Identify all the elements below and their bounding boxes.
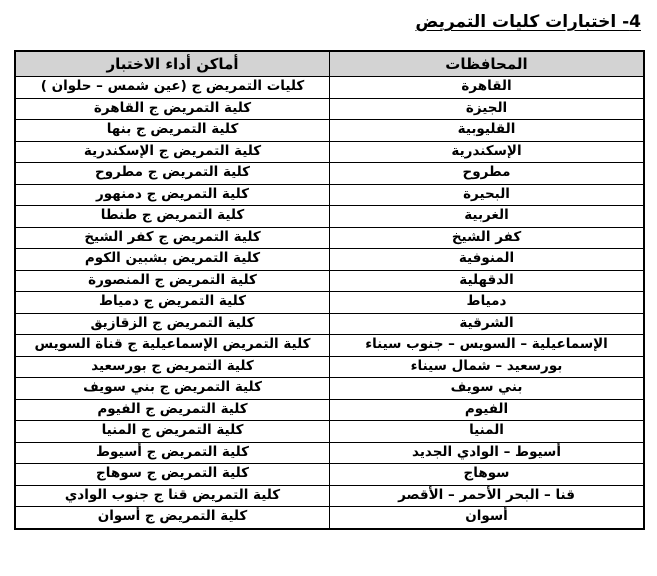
table-row: دمياط كلية التمريض ج دمياط	[15, 292, 644, 314]
table-header-row: المحافظات أماكن أداء الاختبار	[15, 51, 644, 77]
exam-location-cell: كلية التمريض ج طنطا	[15, 206, 330, 228]
exam-location-cell: كلية التمريض ج مطروح	[15, 163, 330, 185]
governorate-cell: كفر الشيخ	[330, 227, 645, 249]
governorate-cell: الفيوم	[330, 399, 645, 421]
exam-location-cell: كلية التمريض ج القاهرة	[15, 98, 330, 120]
table-row: المنوفية كلية التمريض بشبين الكوم	[15, 249, 644, 271]
table-row: الشرقية كلية التمريض ج الزقازيق	[15, 313, 644, 335]
governorate-cell: المنيا	[330, 421, 645, 443]
table-row: الفيوم كلية التمريض ج الفيوم	[15, 399, 644, 421]
governorate-cell: الإسكندرية	[330, 141, 645, 163]
exam-location-cell: كلية التمريض ج أسوان	[15, 507, 330, 529]
exam-location-cell: كلية التمريض ج الزقازيق	[15, 313, 330, 335]
exam-location-cell: كلية التمريض قنا ج جنوب الوادي	[15, 485, 330, 507]
governorate-cell: أسيوط – الوادي الجديد	[330, 442, 645, 464]
table-row: القاهرة كليات التمريض ج (عين شمس – حلوان…	[15, 77, 644, 99]
table-row: بورسعيد – شمال سيناء كلية التمريض ج بورس…	[15, 356, 644, 378]
table-row: الإسكندرية كلية التمريض ج الإسكندرية	[15, 141, 644, 163]
table-row: مطروح كلية التمريض ج مطروح	[15, 163, 644, 185]
exam-location-cell: كلية التمريض ج بورسعيد	[15, 356, 330, 378]
exam-location-cell: كليات التمريض ج (عين شمس – حلوان )	[15, 77, 330, 99]
exam-location-cell: كلية التمريض ج المنصورة	[15, 270, 330, 292]
table-row: أسوان كلية التمريض ج أسوان	[15, 507, 644, 529]
governorate-cell: الجيزة	[330, 98, 645, 120]
table-row: كفر الشيخ كلية التمريض ج كفر الشيخ	[15, 227, 644, 249]
exam-location-cell: كلية التمريض ج كفر الشيخ	[15, 227, 330, 249]
governorate-cell: أسوان	[330, 507, 645, 529]
table-row: الإسماعيلية – السويس – جنوب سيناء كلية ا…	[15, 335, 644, 357]
exam-location-cell: كلية التمريض بشبين الكوم	[15, 249, 330, 271]
table-row: الغربية كلية التمريض ج طنطا	[15, 206, 644, 228]
exam-location-cell: كلية التمريض ج الفيوم	[15, 399, 330, 421]
table-row: سوهاج كلية التمريض ج سوهاج	[15, 464, 644, 486]
governorate-cell: البحيرة	[330, 184, 645, 206]
governorate-cell: المنوفية	[330, 249, 645, 271]
exam-location-cell: كلية التمريض ج سوهاج	[15, 464, 330, 486]
table-row: أسيوط – الوادي الجديد كلية التمريض ج أسي…	[15, 442, 644, 464]
document-page: 4- اختبارات كليات التمريض المحافظات أماك…	[0, 0, 657, 576]
table-row: القليوبية كلية التمريض ج بنها	[15, 120, 644, 142]
table-row: قنا – البحر الأحمر – الأقصر كلية التمريض…	[15, 485, 644, 507]
governorate-cell: دمياط	[330, 292, 645, 314]
governorate-cell: سوهاج	[330, 464, 645, 486]
table-row: بني سويف كلية التمريض ج بني سويف	[15, 378, 644, 400]
governorate-cell: بني سويف	[330, 378, 645, 400]
table-row: الجيزة كلية التمريض ج القاهرة	[15, 98, 644, 120]
exam-location-cell: كلية التمريض ج بنها	[15, 120, 330, 142]
exam-location-cell: كلية التمريض ج بني سويف	[15, 378, 330, 400]
governorate-cell: الإسماعيلية – السويس – جنوب سيناء	[330, 335, 645, 357]
exam-location-cell: كلية التمريض ج أسيوط	[15, 442, 330, 464]
exam-location-cell: كلية التمريض ج الإسكندرية	[15, 141, 330, 163]
governorate-cell: الغربية	[330, 206, 645, 228]
governorate-cell: القليوبية	[330, 120, 645, 142]
governorate-cell: قنا – البحر الأحمر – الأقصر	[330, 485, 645, 507]
governorate-cell: بورسعيد – شمال سيناء	[330, 356, 645, 378]
exam-location-cell: كلية التمريض الإسماعيلية ج قناة السويس	[15, 335, 330, 357]
governorate-cell: الدقهلية	[330, 270, 645, 292]
exam-location-cell: كلية التمريض ج دمياط	[15, 292, 330, 314]
governorate-cell: الشرقية	[330, 313, 645, 335]
table-row: المنيا كلية التمريض ج المنيا	[15, 421, 644, 443]
column-header-exam-locations: أماكن أداء الاختبار	[15, 51, 330, 77]
table-row: الدقهلية كلية التمريض ج المنصورة	[15, 270, 644, 292]
governorate-cell: مطروح	[330, 163, 645, 185]
page-title: 4- اختبارات كليات التمريض	[415, 12, 641, 32]
exam-location-cell: كلية التمريض ج المنيا	[15, 421, 330, 443]
column-header-governorates: المحافظات	[330, 51, 645, 77]
table-body: القاهرة كليات التمريض ج (عين شمس – حلوان…	[15, 77, 644, 529]
table-row: البحيرة كلية التمريض ج دمنهور	[15, 184, 644, 206]
governorate-cell: القاهرة	[330, 77, 645, 99]
nursing-exams-table: المحافظات أماكن أداء الاختبار القاهرة كل…	[14, 50, 645, 530]
exam-location-cell: كلية التمريض ج دمنهور	[15, 184, 330, 206]
